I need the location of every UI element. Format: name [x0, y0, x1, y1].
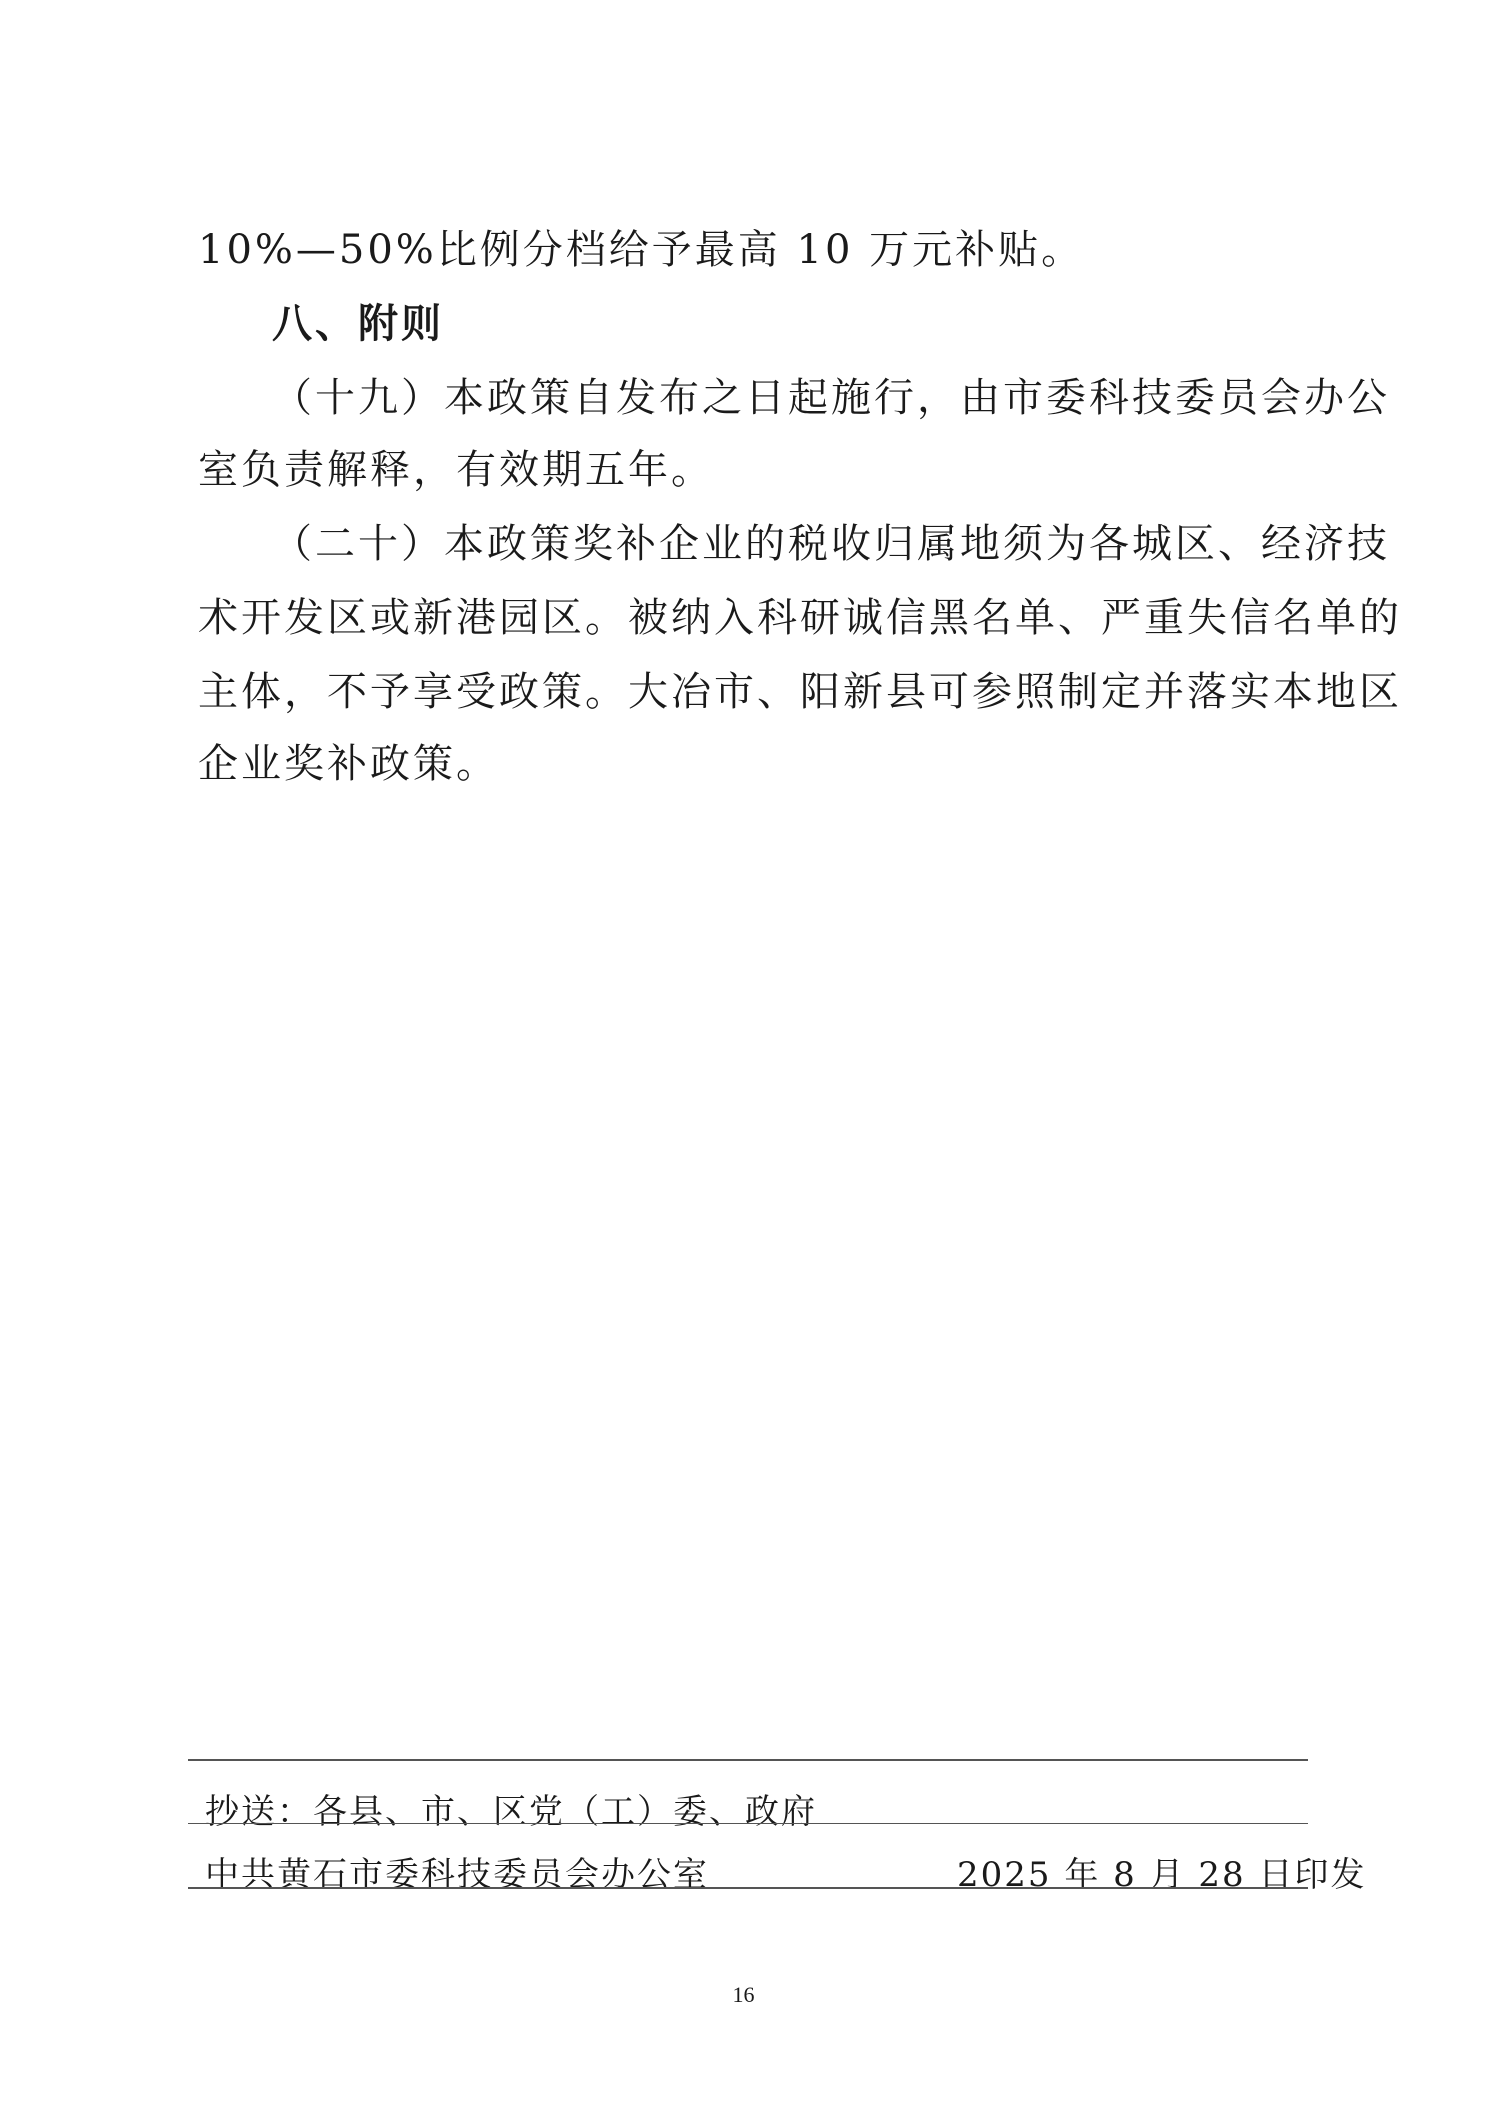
clause-20-line-3: 主体，不予享受政策。大冶市、阳新县可参照制定并落实本地区 [198, 668, 1298, 716]
issuer-name: 中共黄石市委科技委员会办公室 [205, 1855, 709, 1895]
page-number: 16 [0, 1982, 1487, 2008]
issue-date: 2025 年 8 月 28 日印发 [957, 1855, 1366, 1895]
footer-bottom-rule [188, 1887, 1308, 1889]
clause-20-line-2: 术开发区或新港园区。被纳入科研诚信黑名单、严重失信名单的 [198, 594, 1298, 642]
clause-19-line-2: 室负责解释，有效期五年。 [198, 446, 1298, 494]
clause-20-line-1: （二十）本政策奖补企业的税收归属地须为各城区、经济技 [272, 520, 1372, 568]
footer-middle-rule [188, 1823, 1308, 1824]
section-heading-appendix: 八、附则 [272, 300, 1372, 348]
cc-distribution: 抄送：各县、市、区党（工）委、政府 [205, 1792, 817, 1832]
clause-20-line-4: 企业奖补政策。 [198, 740, 1298, 788]
clause-19-line-1: （十九）本政策自发布之日起施行，由市委科技委员会办公 [272, 374, 1372, 422]
document-page: 10%—50%比例分档给予最高 10 万元补贴。 八、附则 （十九）本政策自发布… [0, 0, 1487, 2102]
body-line-1: 10%—50%比例分档给予最高 10 万元补贴。 [198, 226, 1298, 274]
footer-top-rule [188, 1759, 1308, 1761]
